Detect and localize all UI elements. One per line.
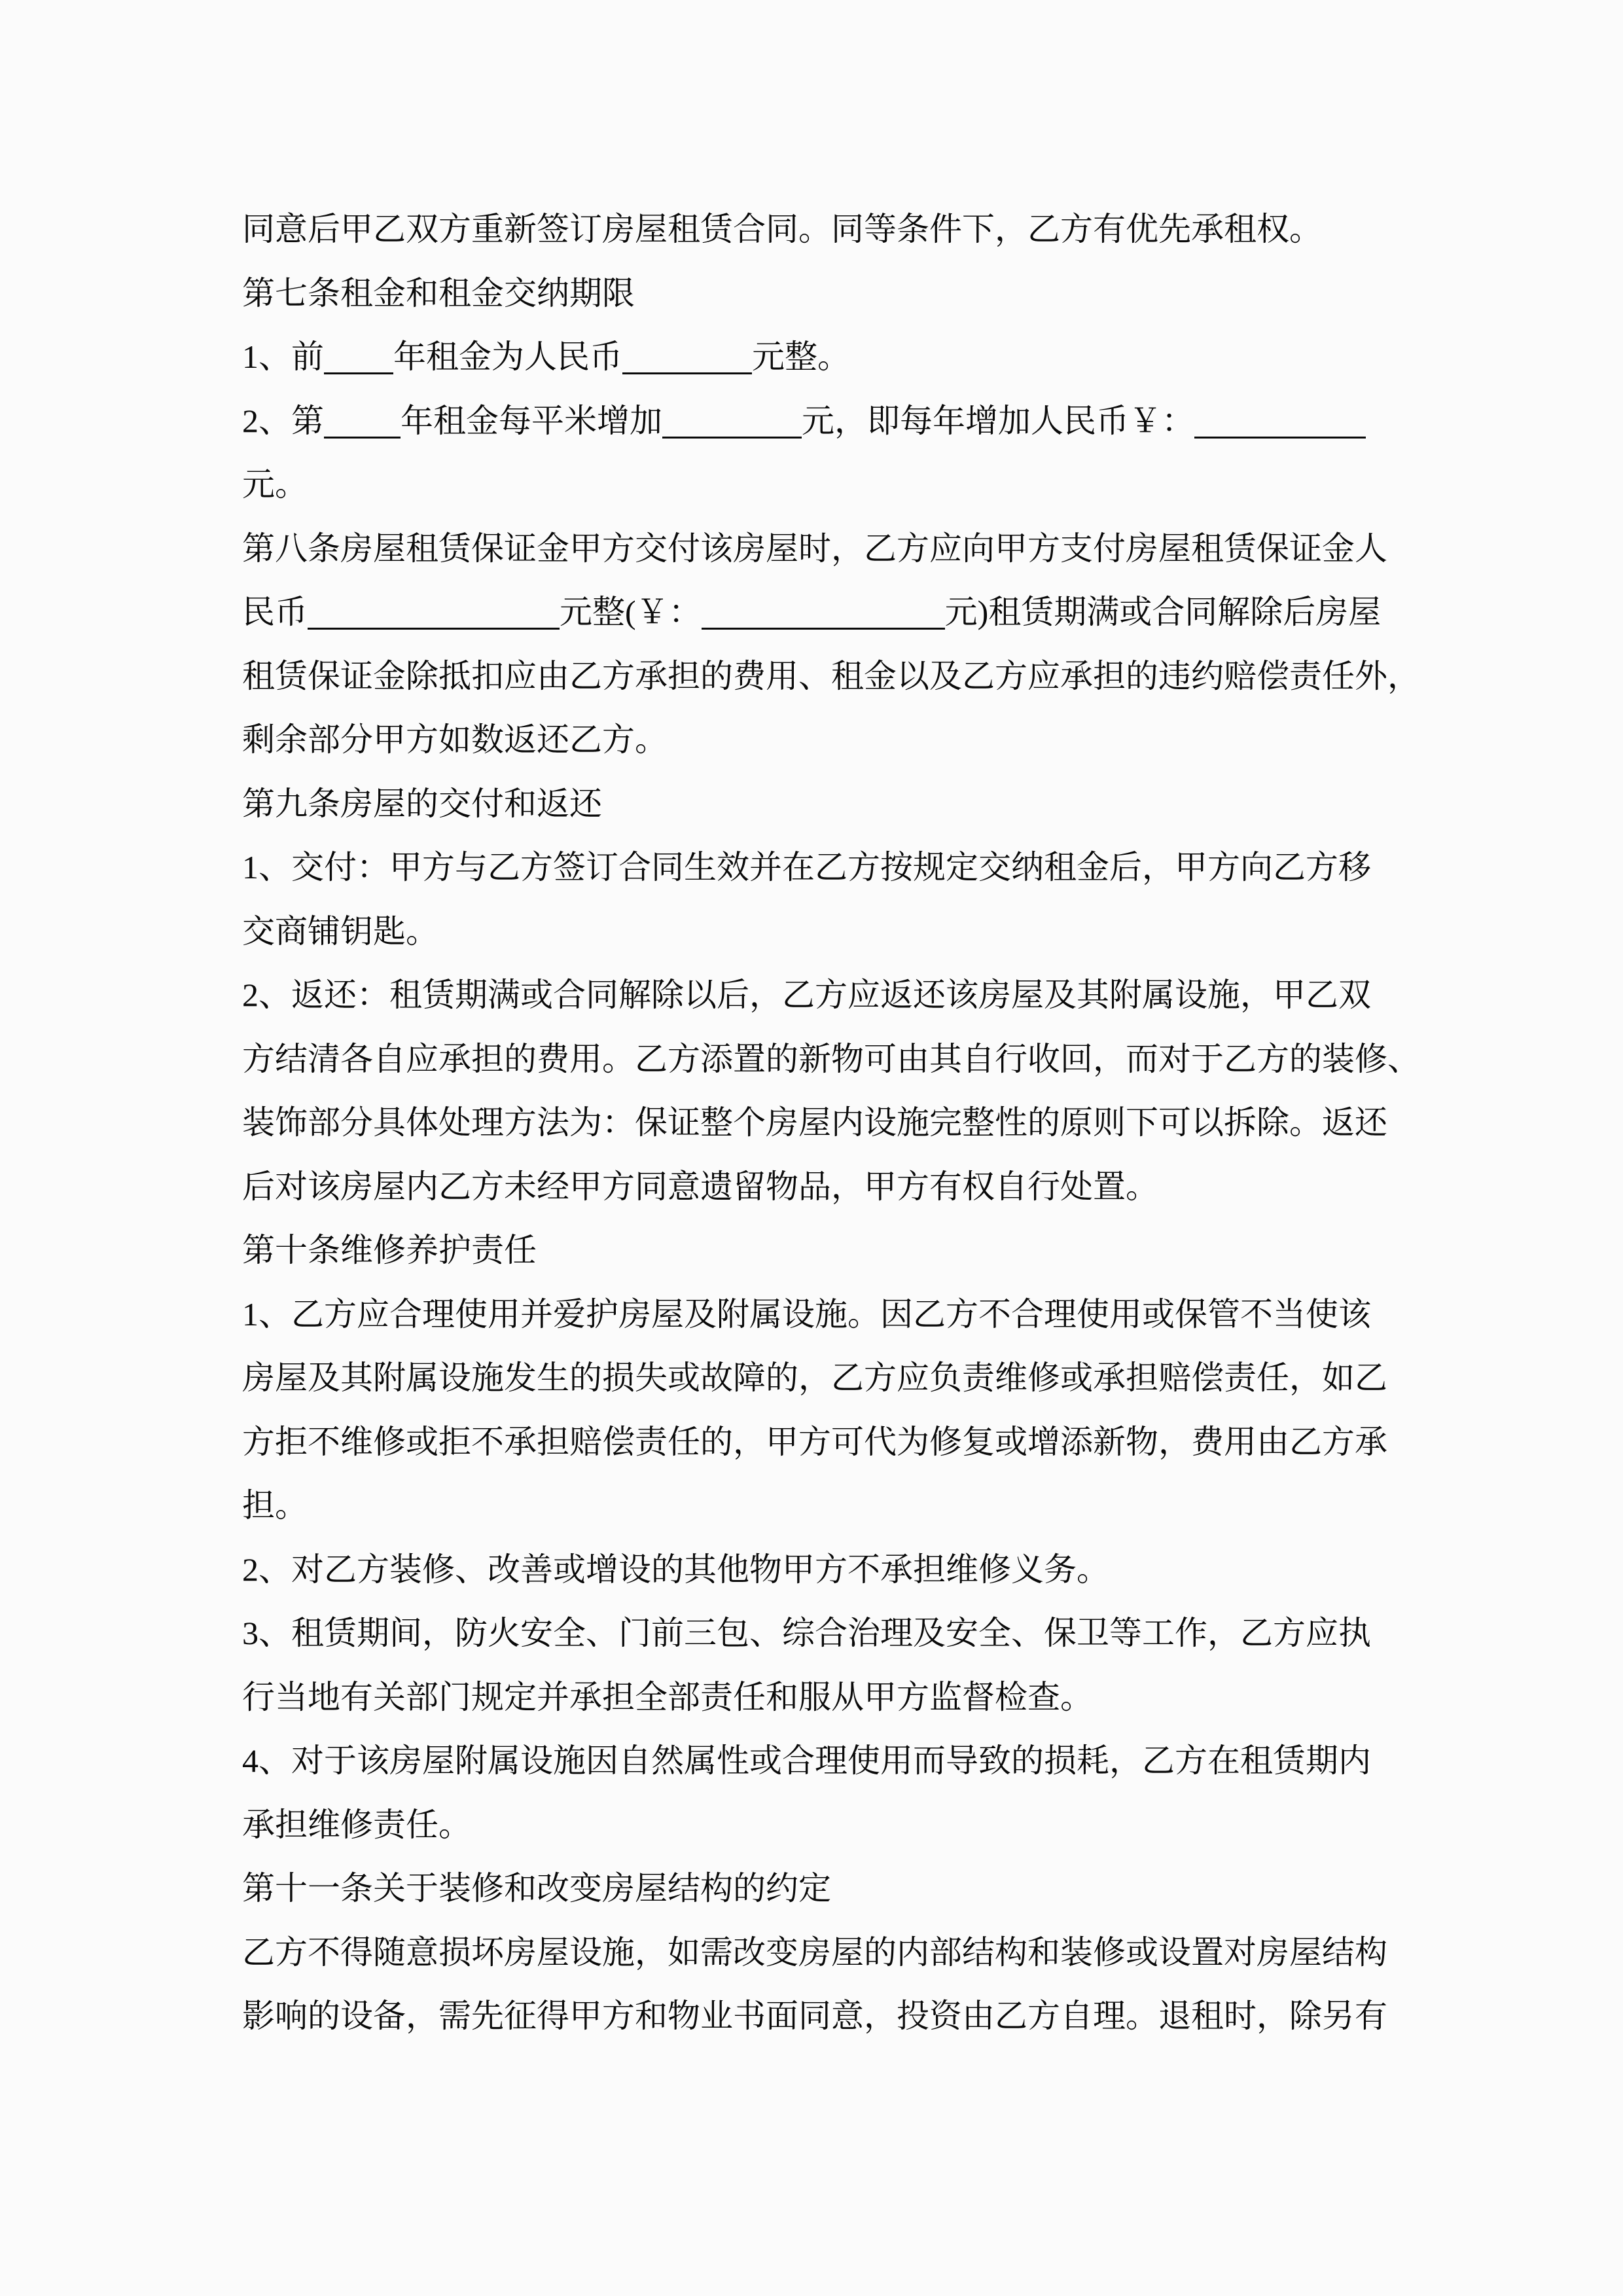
text-segment: 第十一条关于装修和改变房屋结构的约定 — [242, 1870, 831, 1907]
text-segment: 元整(￥： — [560, 594, 702, 630]
text-segment: 后对该房屋内乙方未经甲方同意遗留物品，甲方有权自行处置。 — [242, 1168, 1158, 1205]
text-line: 第十条维修养护责任 — [242, 1219, 1394, 1283]
text-segment: 1、交付：甲方与乙方签订合同生效并在乙方按规定交纳租金后，甲方向乙方移 — [242, 849, 1371, 886]
text-line: 后对该房屋内乙方未经甲方同意遗留物品，甲方有权自行处置。 — [242, 1155, 1394, 1219]
text-line: 第八条房屋租赁保证金甲方交付该房屋时，乙方应向甲方支付房屋租赁保证金人 — [242, 517, 1394, 581]
text-line: 2、返还：租赁期满或合同解除以后，乙方应返还该房屋及其附属设施，甲乙双 — [242, 963, 1394, 1028]
fill-in-blank — [662, 437, 802, 439]
text-line: 第七条租金和租金交纳期限 — [242, 262, 1394, 326]
text-line: 同意后甲乙双方重新签订房屋租赁合同。同等条件下，乙方有优先承租权。 — [242, 198, 1394, 262]
text-segment: 乙方不得随意损坏房屋设施，如需改变房屋的内部结构和装修或设置对房屋结构 — [242, 1934, 1387, 1971]
text-segment: 第七条租金和租金交纳期限 — [242, 275, 635, 312]
text-segment: 交商铺钥匙。 — [242, 913, 438, 950]
text-segment: 租赁保证金除抵扣应由乙方承担的费用、租金以及乙方应承担的违约赔偿责任外， — [242, 658, 1420, 694]
text-line: 交商铺钥匙。 — [242, 900, 1394, 964]
text-line: 方拒不维修或拒不承担赔偿责任的，甲方可代为修复或增添新物，费用由乙方承 — [242, 1410, 1394, 1475]
text-segment: 方拒不维修或拒不承担赔偿责任的，甲方可代为修复或增添新物，费用由乙方承 — [242, 1424, 1387, 1460]
text-line: 第十一条关于装修和改变房屋结构的约定 — [242, 1857, 1394, 1921]
text-line: 4、对于该房屋附属设施因自然属性或合理使用而导致的损耗，乙方在租赁期内 — [242, 1729, 1394, 1793]
text-segment: 3、租赁期间，防火安全、门前三包、综合治理及安全、保卫等工作，乙方应执 — [242, 1615, 1371, 1651]
text-line: 2、第年租金每平米增加元，即每年增加人民币￥： — [242, 389, 1394, 454]
document-body: 同意后甲乙双方重新签订房屋租赁合同。同等条件下，乙方有优先承租权。第七条租金和租… — [242, 198, 1394, 2049]
text-line: 乙方不得随意损坏房屋设施，如需改变房屋的内部结构和装修或设置对房屋结构 — [242, 1921, 1394, 1985]
text-segment: 方结清各自应承担的费用。乙方添置的新物可由其自行收回，而对于乙方的装修、 — [242, 1041, 1420, 1077]
text-segment: 行当地有关部门规定并承担全部责任和服从甲方监督检查。 — [242, 1679, 1093, 1715]
text-segment: 第十条维修养护责任 — [242, 1232, 537, 1268]
text-segment: 担。 — [242, 1487, 308, 1524]
text-segment: 年租金为人民币 — [393, 338, 622, 375]
fill-in-blank — [308, 628, 560, 630]
text-segment: 元)租赁期满或合同解除后房屋 — [945, 594, 1382, 630]
text-segment: 4、对于该房屋附属设施因自然属性或合理使用而导致的损耗，乙方在租赁期内 — [242, 1742, 1371, 1779]
text-line: 元。 — [242, 453, 1394, 517]
text-segment: 1、乙方应合理使用并爱护房屋及附属设施。因乙方不合理使用或保管不当使该 — [242, 1296, 1371, 1333]
fill-in-blank — [622, 372, 752, 374]
text-line: 房屋及其附属设施发生的损失或故障的，乙方应负责维修或承担赔偿责任，如乙 — [242, 1346, 1394, 1410]
text-segment: 承担维修责任。 — [242, 1806, 471, 1843]
text-segment: 民币 — [242, 594, 308, 630]
text-segment: 第九条房屋的交付和返还 — [242, 785, 602, 822]
text-line: 方结清各自应承担的费用。乙方添置的新物可由其自行收回，而对于乙方的装修、 — [242, 1028, 1394, 1092]
text-line: 承担维修责任。 — [242, 1793, 1394, 1857]
fill-in-blank — [702, 628, 945, 630]
text-line: 1、乙方应合理使用并爱护房屋及附属设施。因乙方不合理使用或保管不当使该 — [242, 1283, 1394, 1347]
text-line: 1、交付：甲方与乙方签订合同生效并在乙方按规定交纳租金后，甲方向乙方移 — [242, 836, 1394, 900]
text-line: 担。 — [242, 1474, 1394, 1538]
fill-in-blank — [324, 372, 393, 374]
fill-in-blank — [324, 437, 401, 439]
text-line: 2、对乙方装修、改善或增设的其他物甲方不承担维修义务。 — [242, 1538, 1394, 1602]
text-line: 民币元整(￥：元)租赁期满或合同解除后房屋 — [242, 581, 1394, 645]
document-page: 同意后甲乙双方重新签订房屋租赁合同。同等条件下，乙方有优先承租权。第七条租金和租… — [0, 0, 1623, 2296]
text-line: 装饰部分具体处理方法为：保证整个房屋内设施完整性的原则下可以拆除。返还 — [242, 1091, 1394, 1155]
text-line: 1、前年租金为人民币元整。 — [242, 325, 1394, 389]
text-segment: 2、第 — [242, 403, 324, 439]
text-segment: 元。 — [242, 466, 308, 503]
text-segment: 房屋及其附属设施发生的损失或故障的，乙方应负责维修或承担赔偿责任，如乙 — [242, 1359, 1387, 1396]
text-segment: 1、前 — [242, 338, 324, 375]
text-segment: 元整。 — [752, 338, 850, 375]
text-segment: 年租金每平米增加 — [401, 403, 662, 439]
text-segment: 影响的设备，需先征得甲方和物业书面同意，投资由乙方自理。退租时，除另有 — [242, 1998, 1387, 2034]
text-segment: 第八条房屋租赁保证金甲方交付该房屋时，乙方应向甲方支付房屋租赁保证金人 — [242, 530, 1387, 567]
text-line: 剩余部分甲方如数返还乙方。 — [242, 708, 1394, 772]
text-segment: 元，即每年增加人民币￥： — [802, 403, 1194, 439]
text-segment: 装饰部分具体处理方法为：保证整个房屋内设施完整性的原则下可以拆除。返还 — [242, 1104, 1387, 1141]
text-segment: 剩余部分甲方如数返还乙方。 — [242, 721, 668, 758]
text-line: 租赁保证金除抵扣应由乙方承担的费用、租金以及乙方应承担的违约赔偿责任外， — [242, 645, 1394, 709]
text-segment: 2、返还：租赁期满或合同解除以后，乙方应返还该房屋及其附属设施，甲乙双 — [242, 977, 1371, 1013]
text-segment: 2、对乙方装修、改善或增设的其他物甲方不承担维修义务。 — [242, 1551, 1109, 1588]
text-segment: 同意后甲乙双方重新签订房屋租赁合同。同等条件下，乙方有优先承租权。 — [242, 211, 1322, 247]
text-line: 行当地有关部门规定并承担全部责任和服从甲方监督检查。 — [242, 1666, 1394, 1730]
text-line: 第九条房屋的交付和返还 — [242, 772, 1394, 836]
text-line: 影响的设备，需先征得甲方和物业书面同意，投资由乙方自理。退租时，除另有 — [242, 1984, 1394, 2049]
fill-in-blank — [1194, 437, 1366, 439]
text-line: 3、租赁期间，防火安全、门前三包、综合治理及安全、保卫等工作，乙方应执 — [242, 1602, 1394, 1666]
